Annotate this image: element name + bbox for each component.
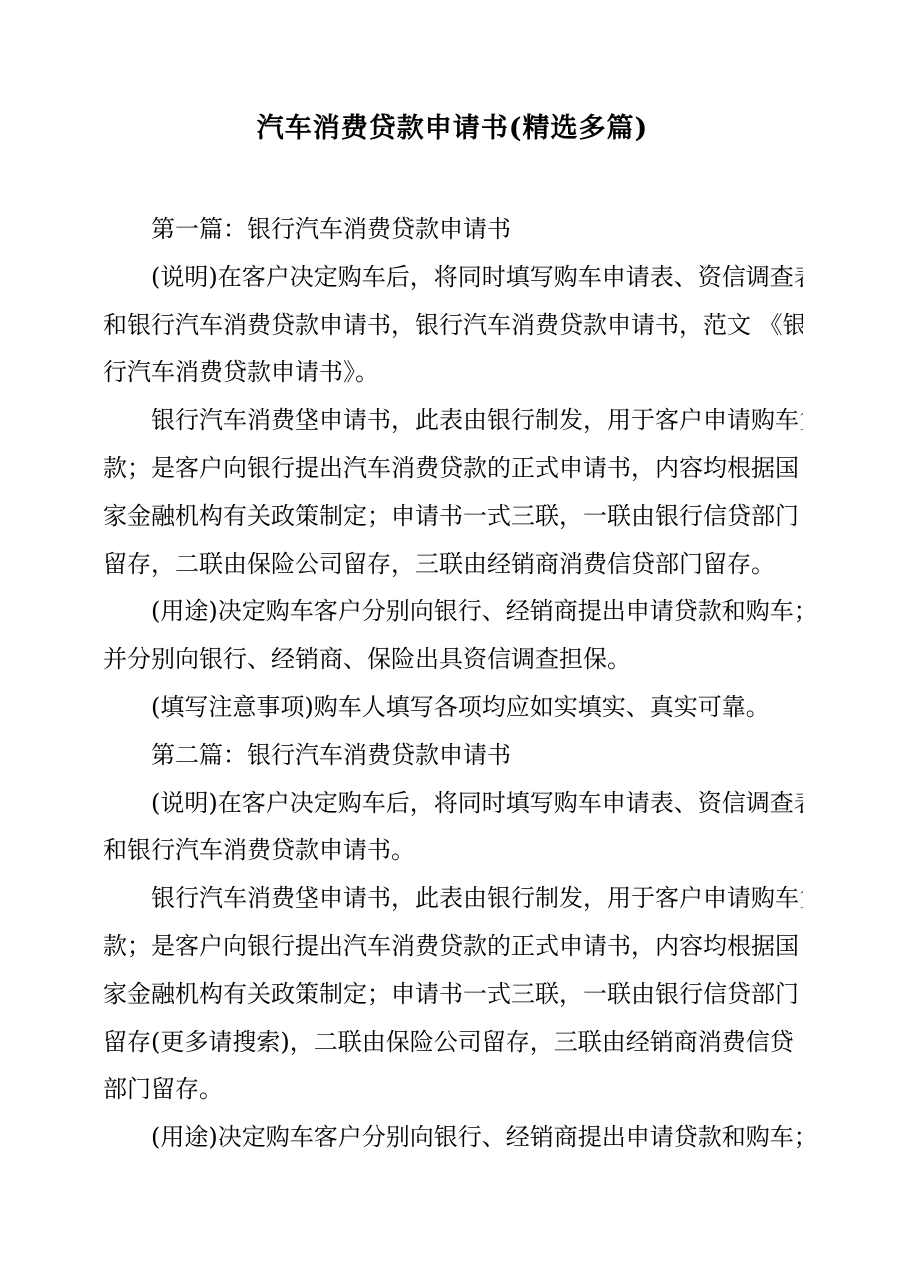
document-page: 汽车消费贷款申请书(精选多篇) 第一篇：银行汽车消费贷款申请书(说明)在客户决定… xyxy=(0,0,905,1280)
text-line: 家金融机构有关政策制定；申请书一式三联，一联由银行信贷部门 xyxy=(103,971,803,1019)
paragraph: (填写注意事项)购车人填写各项均应如实填实、真实可靠。 xyxy=(103,684,803,732)
text-line: 和银行汽车消费贷款申请书，银行汽车消费贷款申请书，范文 《银 xyxy=(103,302,803,350)
text-line: 家金融机构有关政策制定；申请书一式三联，一联由银行信贷部门 xyxy=(103,493,803,541)
text-line: 款；是客户向银行提出汽车消费贷款的正式申请书，内容均根据国 xyxy=(103,923,803,971)
text-line: 并分别向银行、经销商、保险出具资信调查担保。 xyxy=(103,636,803,684)
document-title: 汽车消费贷款申请书(精选多篇) xyxy=(0,0,905,146)
text-line: 留存(更多请搜索)，二联由保险公司留存，三联由经销商消费信贷 xyxy=(103,1019,803,1067)
paragraph: (说明)在客户决定购车后，将同时填写购车申请表、资信调查表和银行汽车消费贷款申请… xyxy=(103,780,803,876)
text-line: 和银行汽车消费贷款申请书。 xyxy=(103,827,803,875)
text-line: 银行汽车消费垡申请书，此表由银行制发，用于客户申请购车贷 xyxy=(103,397,803,445)
text-line: 款；是客户向银行提出汽车消费贷款的正式申请书，内容均根据国 xyxy=(103,445,803,493)
text-line: (填写注意事项)购车人填写各项均应如实填实、真实可靠。 xyxy=(103,684,803,732)
paragraph: (说明)在客户决定购车后，将同时填写购车申请表、资信调查表和银行汽车消费贷款申请… xyxy=(103,254,803,397)
paragraph: 银行汽车消费垡申请书，此表由银行制发，用于客户申请购车贷款；是客户向银行提出汽车… xyxy=(103,875,803,1114)
text-line: 留存，二联由保险公司留存，三联由经销商消费信贷部门留存。 xyxy=(103,541,803,589)
document-body: 第一篇：银行汽车消费贷款申请书(说明)在客户决定购车后，将同时填写购车申请表、资… xyxy=(103,206,803,1162)
paragraph: (用途)决定购车客户分别向银行、经销商提出申请贷款和购车；并分别向银行、经销商、… xyxy=(103,588,803,684)
text-line: 第二篇：银行汽车消费贷款申请书 xyxy=(103,732,803,780)
text-line: 部门留存。 xyxy=(103,1066,803,1114)
text-line: (说明)在客户决定购车后，将同时填写购车申请表、资信调查表 xyxy=(103,780,803,828)
text-line: 银行汽车消费垡申请书，此表由银行制发，用于客户申请购车贷 xyxy=(103,875,803,923)
paragraph: 第二篇：银行汽车消费贷款申请书 xyxy=(103,732,803,780)
paragraph: 银行汽车消费垡申请书，此表由银行制发，用于客户申请购车贷款；是客户向银行提出汽车… xyxy=(103,397,803,588)
paragraph: (用途)决定购车客户分别向银行、经销商提出申请贷款和购车； xyxy=(103,1114,803,1162)
text-line: 行汽车消费贷款申请书》。 xyxy=(103,349,803,397)
text-line: 第一篇：银行汽车消费贷款申请书 xyxy=(103,206,803,254)
text-line: (用途)决定购车客户分别向银行、经销商提出申请贷款和购车； xyxy=(103,588,803,636)
text-line: (用途)决定购车客户分别向银行、经销商提出申请贷款和购车； xyxy=(103,1114,803,1162)
text-line: (说明)在客户决定购车后，将同时填写购车申请表、资信调查表 xyxy=(103,254,803,302)
paragraph: 第一篇：银行汽车消费贷款申请书 xyxy=(103,206,803,254)
